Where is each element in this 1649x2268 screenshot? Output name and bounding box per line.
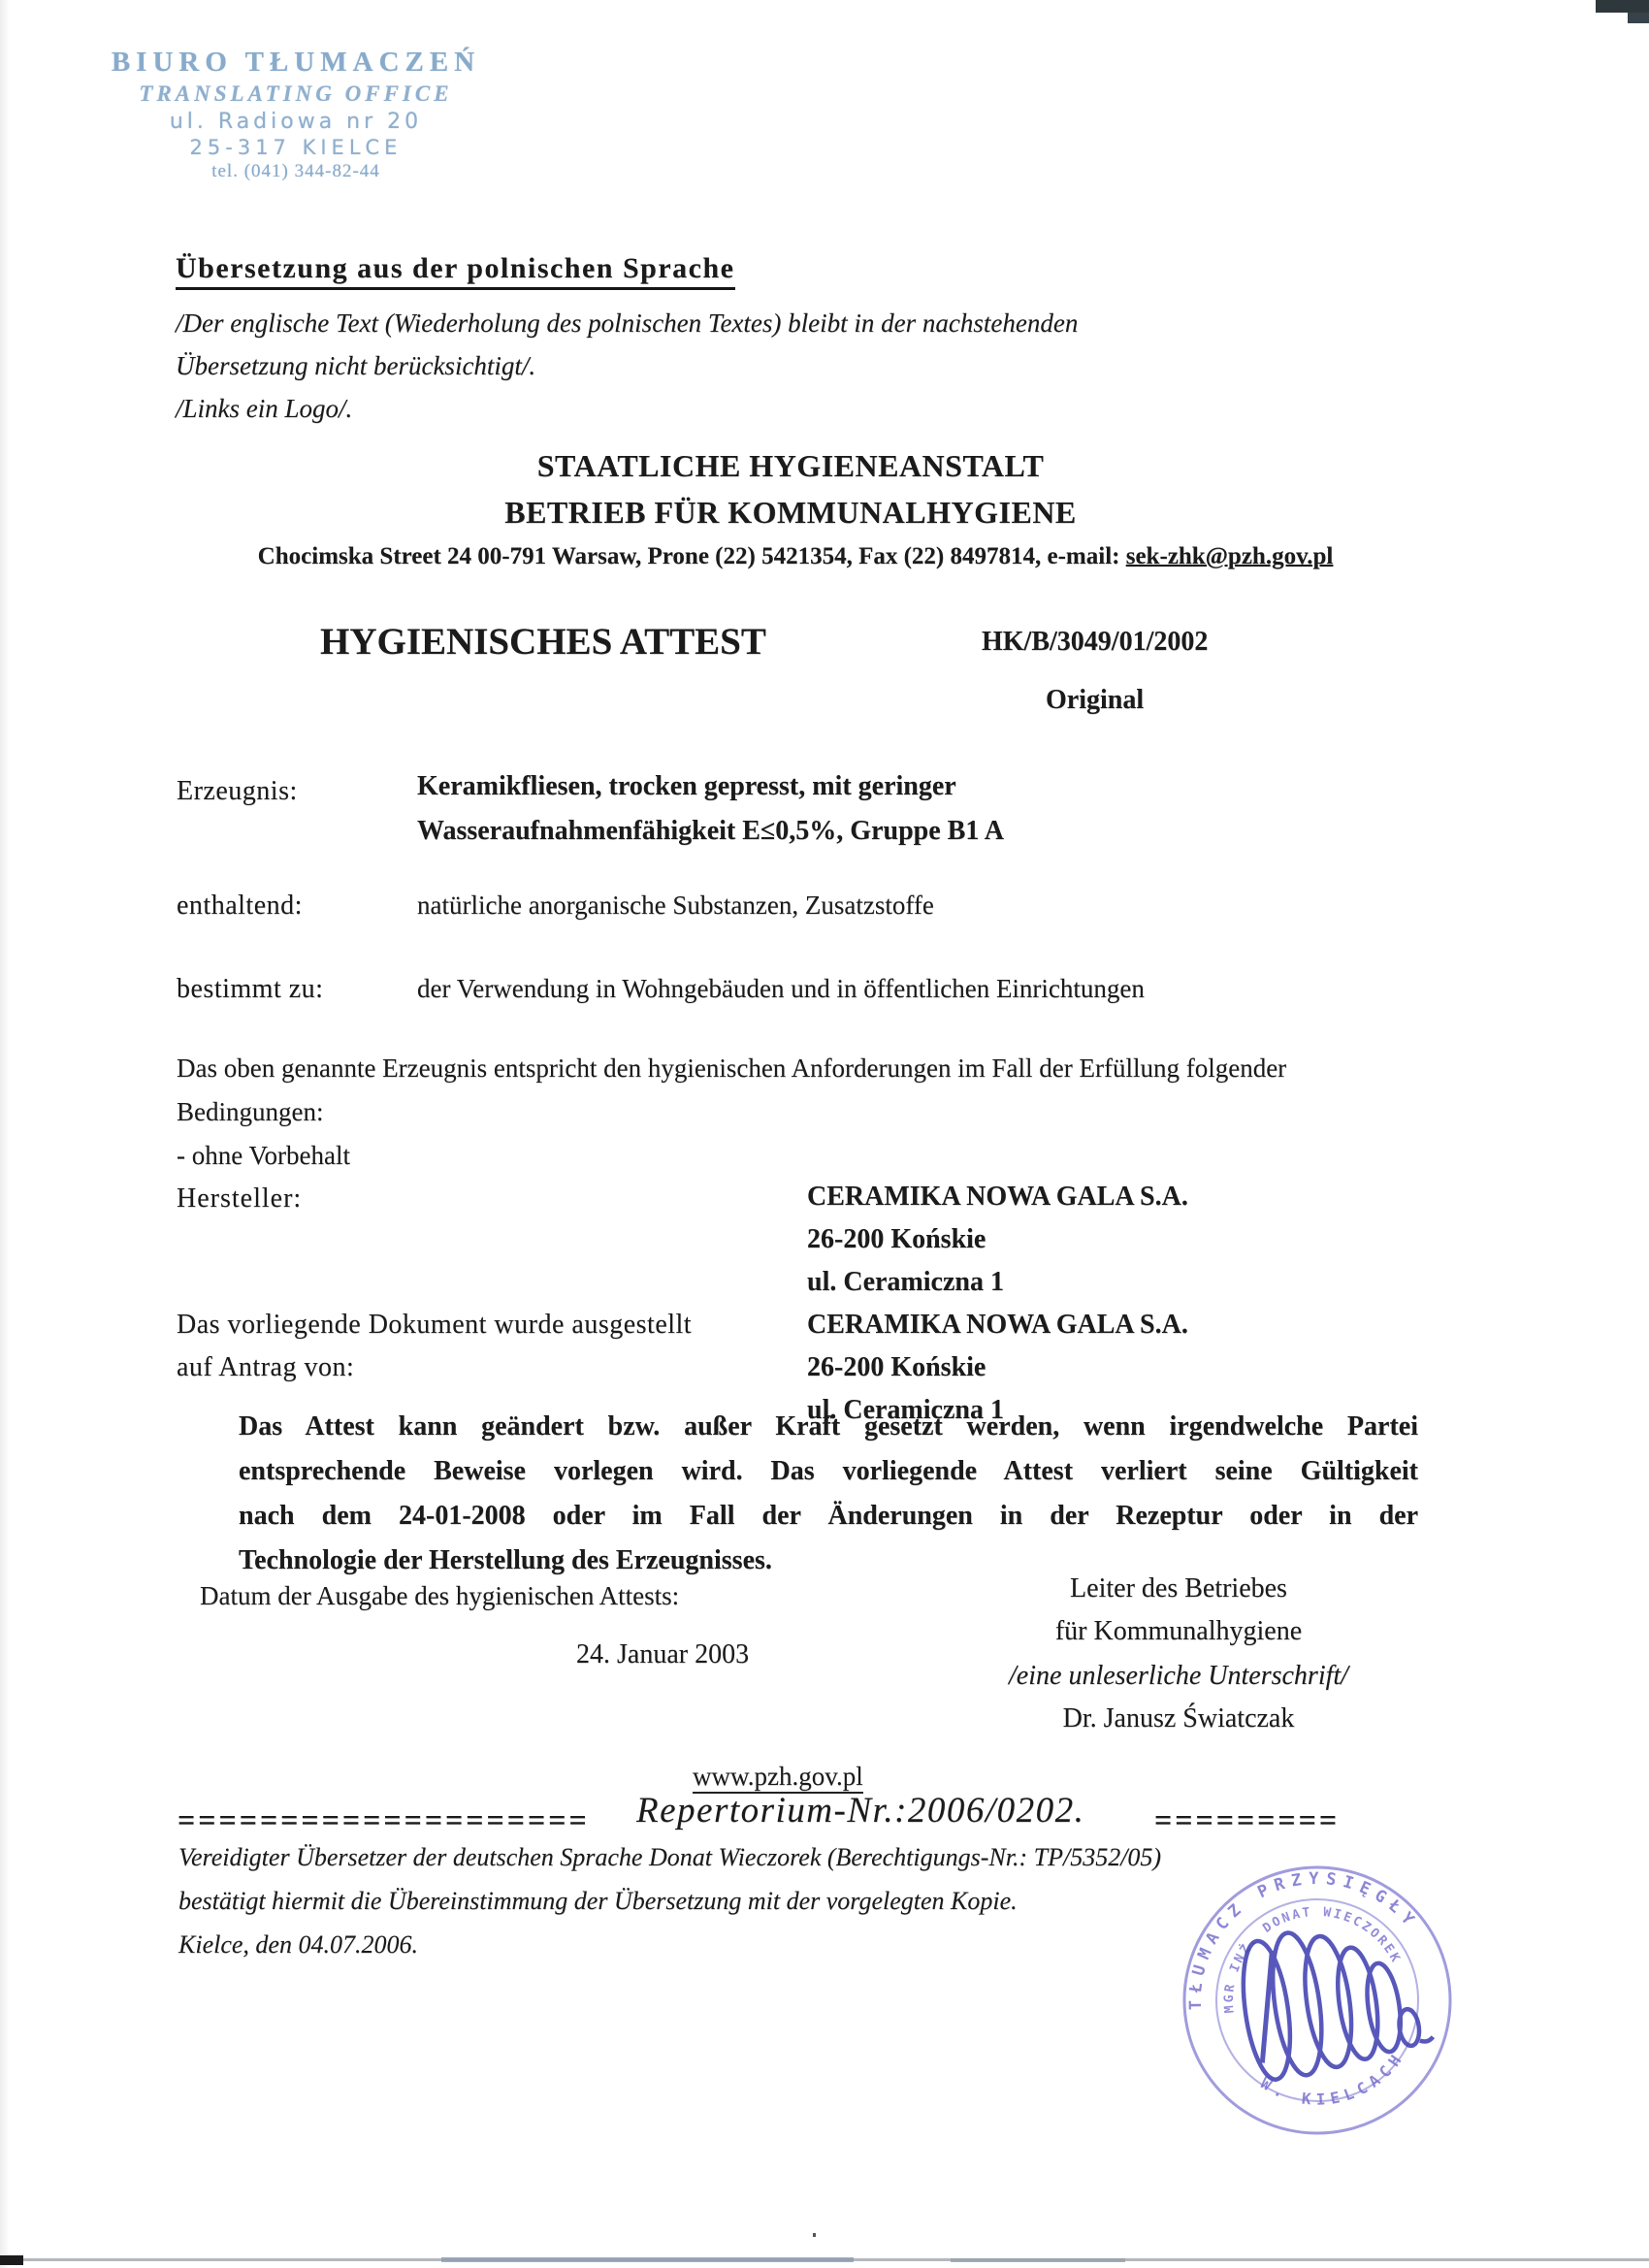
- scan-artifact-top-right: [1596, 0, 1649, 13]
- stamp-office-name: BIURO TŁUMACZEŃ: [107, 47, 485, 79]
- validity-line4: Technologie der Herstellung des Erzeugni…: [239, 1545, 772, 1576]
- stamp-phone: tel. (041) 344-82-44: [107, 161, 485, 182]
- website-url: www.pzh.gov.pl: [693, 1762, 863, 1794]
- stamp-arc-top-text: TŁUMACZ PRZYSIĘGŁY: [1169, 1855, 1431, 2014]
- field-label-bestimmt: bestimmt zu:: [177, 974, 323, 1005]
- scan-artifact-bottom-left-blob: [0, 2255, 23, 2265]
- scan-artifact-bottom-segment-1: [441, 2257, 854, 2262]
- institution-address-text: Chocimska Street 24 00-791 Warsaw, Prone…: [258, 543, 1126, 569]
- validity-line2: entsprechende Beweise vorlegen wird. Das…: [239, 1456, 1418, 1487]
- validity-line1: Das Attest kann geändert bzw. außer Kraf…: [239, 1411, 1418, 1442]
- certificate-title: HYGIENISCHES ATTEST: [320, 621, 766, 664]
- signatory-signature-note: /eine unleserliche Unterschrift/: [931, 1661, 1426, 1692]
- certificate-number: HK/B/3049/01/2002: [982, 627, 1208, 658]
- field-label-erzeugnis: Erzeugnis:: [177, 776, 298, 807]
- attestation-line2: bestätigt hiermit die Übereinstimmung de…: [178, 1887, 1018, 1916]
- repertorium-equals-left: ====================: [178, 1802, 590, 1838]
- applicant-label-line1: Das vorliegende Dokument wurde ausgestel…: [177, 1310, 692, 1341]
- field-label-enthaltend: enthaltend:: [177, 891, 303, 922]
- stamp-street: ul. Radiowa nr 20: [107, 110, 485, 134]
- institution-address: Chocimska Street 24 00-791 Warsaw, Prone…: [107, 543, 1484, 571]
- repertorium-equals-right: =========: [1154, 1802, 1340, 1838]
- scan-artifact-top-right-2: [1628, 13, 1649, 23]
- scanned-translation-document: BIURO TŁUMACZEŃ TRANSLATING OFFICE ul. R…: [0, 0, 1649, 2268]
- stamp-city: 25-317 KIELCE: [107, 136, 485, 159]
- conditions-line2: Bedingungen:: [177, 1097, 323, 1127]
- hersteller-name: CERAMIKA NOWA GALA S.A.: [807, 1182, 1188, 1213]
- validity-line3: nach dem 24-01-2008 oder im Fall der Änd…: [239, 1501, 1418, 1532]
- issue-date: 24. Januar 2003: [576, 1639, 749, 1670]
- signatory-title-line2: für Kommunalhygiene: [931, 1616, 1426, 1647]
- applicant-name: CERAMIKA NOWA GALA S.A.: [807, 1310, 1188, 1341]
- repertorium-label: Repertorium-Nr.:2006/0202.: [636, 1791, 1084, 1832]
- hersteller-label: Hersteller:: [177, 1183, 302, 1215]
- issue-date-label: Datum der Ausgabe des hygienischen Attes…: [200, 1581, 679, 1611]
- scan-edge-shadow: [0, 0, 10, 2268]
- conditions-line1: Das oben genannte Erzeugnis entspricht d…: [177, 1053, 1286, 1084]
- svg-text:TŁUMACZ PRZYSIĘGŁY: TŁUMACZ PRZYSIĘGŁY: [1169, 1855, 1431, 2014]
- signatory-name: Dr. Janusz Światczak: [931, 1703, 1426, 1734]
- hersteller-city: 26-200 Końskie: [807, 1224, 986, 1255]
- institution-name-1: STAATLICHE HYGIENEANSTALT: [339, 448, 1242, 484]
- page-title: Übersetzung aus der polnischen Sprache: [176, 252, 735, 290]
- field-value-bestimmt: der Verwendung in Wohngebäuden und in öf…: [417, 974, 1145, 1004]
- translator-office-stamp: BIURO TŁUMACZEŃ TRANSLATING OFFICE ul. R…: [107, 47, 485, 182]
- applicant-label-line2: auf Antrag von:: [177, 1352, 354, 1383]
- institution-email: sek-zhk@pzh.gov.pl: [1126, 543, 1334, 569]
- attestation-line3: Kielce, den 04.07.2006.: [178, 1930, 418, 1960]
- signatory-title-line1: Leiter des Betriebes: [931, 1573, 1426, 1604]
- hersteller-street: ul. Ceramiczna 1: [807, 1267, 1004, 1298]
- attestation-line1: Vereidigter Übersetzer der deutschen Spr…: [178, 1843, 1161, 1872]
- field-value-erzeugnis-line1: Keramikfliesen, trocken gepresst, mit ge…: [417, 771, 956, 802]
- conditions-item: - ohne Vorbehalt: [177, 1141, 350, 1171]
- round-translator-stamp: TŁUMACZ PRZYSIĘGŁY MGR INŻ. DONAT WIECZO…: [1169, 1855, 1470, 2152]
- institution-name-2: BETRIEB FÜR KOMMUNALHYGIENE: [339, 495, 1242, 531]
- field-value-erzeugnis-line2: Wasseraufnahmenfähigkeit E≤0,5%, Gruppe …: [417, 816, 1004, 847]
- stamp-office-name-en: TRANSLATING OFFICE: [107, 81, 485, 107]
- translator-note-line1: /Der englische Text (Wiederholung des po…: [176, 308, 1078, 339]
- certificate-copy-type: Original: [1046, 685, 1144, 716]
- scan-artifact-bottom-segment-2: [951, 2258, 1125, 2262]
- applicant-city: 26-200 Końskie: [807, 1352, 986, 1383]
- translator-note-line2: Übersetzung nicht berücksichtigt/.: [176, 351, 535, 381]
- scan-artifact-speck: [813, 2233, 816, 2237]
- field-value-enthaltend: natürliche anorganische Substanzen, Zusa…: [417, 891, 934, 921]
- logo-note: /Links ein Logo/.: [176, 394, 352, 424]
